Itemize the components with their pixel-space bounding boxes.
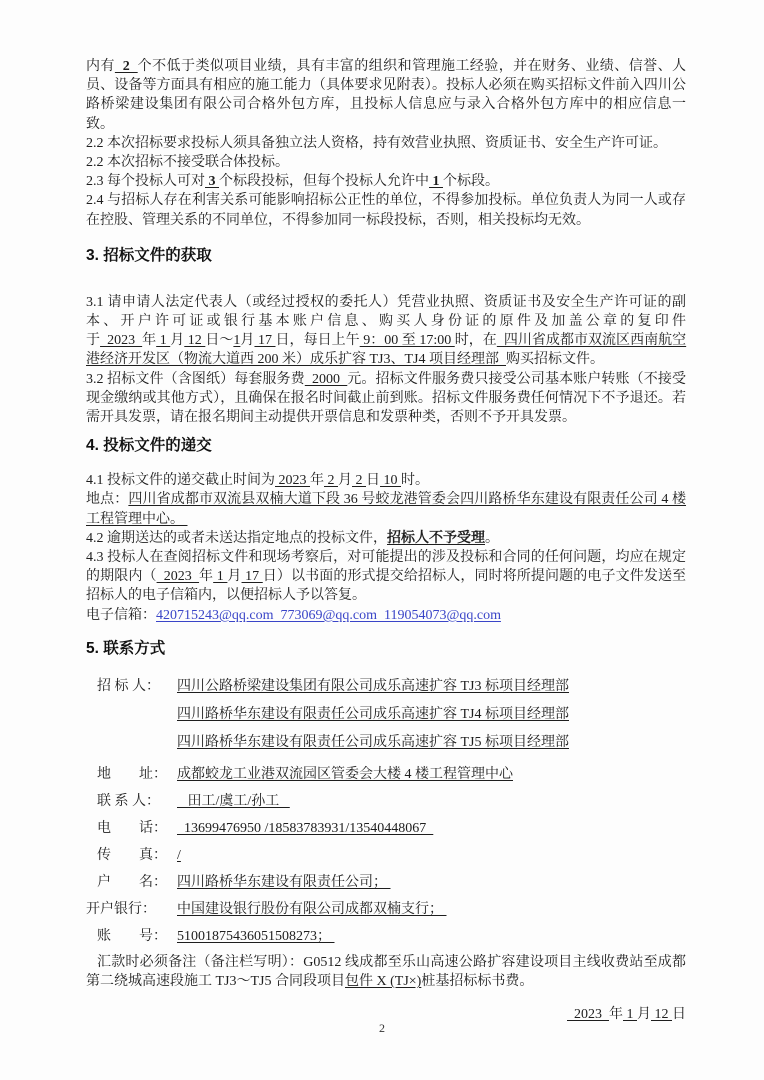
- paragraph-4-1: 4.1 投标文件的递交截止时间为 2023 年 2 月 2 日 10 时。: [86, 471, 686, 490]
- tenderer-value-tj3: 四川公路桥梁建设集团有限公司成乐高速扩容 TJ3 标项目经理部: [177, 673, 569, 701]
- paragraph-4-3: 4.3 投标人在查阅招标文件和现场考察后，对可能提出的涉及投标和合同的任何问题，…: [86, 548, 686, 606]
- contact-row-phone: 电 话： 13699476950 /18583783931/1354044806…: [86, 815, 686, 842]
- tenderer-values: 四川公路桥梁建设集团有限公司成乐高速扩容 TJ3 标项目经理部 四川路桥华东建设…: [177, 673, 569, 757]
- bank-label: 开户银行：: [86, 896, 177, 923]
- account-no-value: 51001875436051508273；: [177, 929, 335, 944]
- account-no-label: 账 号：: [97, 923, 177, 950]
- contact-row-person: 联 系 人： 田工/虞工/孙工: [86, 788, 686, 815]
- address-label: 地 址：: [97, 761, 177, 788]
- paragraph-4-2: 4.2 逾期送达的或者未送达指定地点的投标文件，招标人不予受理。: [86, 529, 686, 548]
- contact-row-address: 地 址：成都蛟龙工业港双流园区管委会大楼 4 楼工程管理中心: [86, 761, 686, 788]
- section-4-heading: 4. 投标文件的递交: [86, 435, 686, 456]
- contact-row-fax: 传 真：/: [86, 842, 686, 869]
- email-line: 电子信箱：420715243@qq.com 773069@qq.com 1190…: [86, 606, 686, 625]
- paragraph-3-1: 3.1 请申请人法定代表人（或经过授权的委托人）凭营业执照、资质证书及安全生产许…: [86, 293, 686, 370]
- phone-label: 电 话：: [97, 815, 177, 842]
- paragraph-2-1-continuation: 内有 2 个不低于类似项目业绩，具有丰富的组织和管理施工经验，并在财务、业绩、信…: [86, 57, 686, 134]
- contact-row-account-name: 户 名：四川路桥华东建设有限责任公司；: [86, 869, 686, 896]
- contact-person-label: 联 系 人：: [97, 788, 177, 815]
- remittance-note: 汇款时必须备注（备注栏写明）：G0512 线成都至乐山高速公路扩容建设项目主线收…: [86, 953, 686, 991]
- address-value: 成都蛟龙工业港双流园区管委会大楼 4 楼工程管理中心: [177, 767, 513, 782]
- account-name-label: 户 名：: [97, 869, 177, 896]
- section-4-body: 4.1 投标文件的递交截止时间为 2023 年 2 月 2 日 10 时。 地点…: [86, 471, 686, 625]
- paragraph-3-2: 3.2 招标文件（含图纸）每套服务费 2000 元。招标文件服务费只接受公司基本…: [86, 370, 686, 428]
- document-content: 内有 2 个不低于类似项目业绩，具有丰富的组织和管理施工经验，并在财务、业绩、信…: [86, 57, 686, 1024]
- tenderer-value-tj4: 四川路桥华东建设有限责任公司成乐高速扩容 TJ4 标项目经理部: [177, 701, 569, 729]
- contact-rows: 地 址：成都蛟龙工业港双流园区管委会大楼 4 楼工程管理中心 联 系 人： 田工…: [86, 761, 686, 950]
- phone-value: 13699476950 /18583783931/13540448067: [177, 821, 433, 836]
- contact-row-tenderer: 招 标 人： 四川公路桥梁建设集团有限公司成乐高速扩容 TJ3 标项目经理部 四…: [86, 673, 686, 757]
- paragraph-2-4: 2.4 与招标人存在利害关系可能影响招标公正性的单位，不得参加投标。单位负责人为…: [86, 191, 686, 229]
- section-5-heading: 5. 联系方式: [86, 638, 686, 659]
- document-page: 内有 2 个不低于类似项目业绩，具有丰富的组织和管理施工经验，并在财务、业绩、信…: [0, 0, 764, 1080]
- account-name-value: 四川路桥华东建设有限责任公司；: [177, 875, 391, 890]
- contact-person-value: 田工/虞工/孙工: [177, 794, 290, 809]
- paragraph-2-2b: 2.2 本次招标不接受联合体投标。: [86, 153, 686, 172]
- paragraph-4-location: 地点：四川省成都市双流县双楠大道下段 36 号蛟龙港管委会四川路桥华东建设有限责…: [86, 490, 686, 528]
- tenderer-value-tj5: 四川路桥华东建设有限责任公司成乐高速扩容 TJ5 标项目经理部: [177, 729, 569, 757]
- contact-row-account-no: 账 号：51001875436051508273；: [86, 923, 686, 950]
- paragraph-2-3: 2.3 每个投标人可对 3 个标段投标，但每个投标人允许中 1 个标段。: [86, 172, 686, 191]
- bank-value: 中国建设银行股份有限公司成都双楠支行；: [177, 902, 447, 917]
- paragraph-2-2a: 2.2 本次招标要求投标人须具备独立法人资格，持有效营业执照、资质证书、安全生产…: [86, 134, 686, 153]
- fax-value: /: [177, 848, 181, 863]
- fax-label: 传 真：: [97, 842, 177, 869]
- tenderer-label: 招 标 人：: [97, 673, 177, 757]
- page-number: 2: [0, 1021, 764, 1036]
- contact-row-bank: 开户银行：中国建设银行股份有限公司成都双楠支行；: [86, 896, 686, 923]
- section-3-heading: 3. 招标文件的获取: [86, 245, 686, 266]
